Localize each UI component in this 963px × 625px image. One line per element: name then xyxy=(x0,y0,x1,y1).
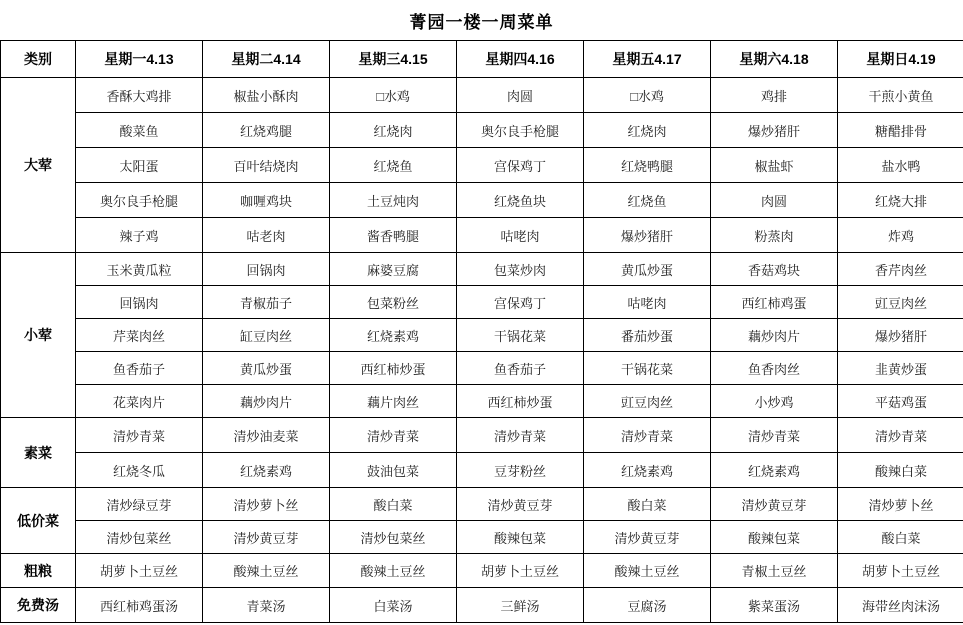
category-cell: 素菜 xyxy=(1,418,76,488)
menu-cell: 藕片肉丝 xyxy=(330,385,457,418)
menu-cell: 红烧鱼 xyxy=(584,183,711,218)
menu-cell: 藕炒肉片 xyxy=(203,385,330,418)
menu-cell: 豆腐汤 xyxy=(584,588,711,623)
menu-cell: 炸鸡 xyxy=(838,218,963,253)
menu-cell: 咕咾肉 xyxy=(457,218,584,253)
weekly-menu-page: 菁园一楼一周菜单 类别 星期一4.13 星期二4.14 星期三4.15 星期四4… xyxy=(0,0,963,623)
menu-cell: 缸豆肉丝 xyxy=(203,319,330,352)
menu-table-body: 大荤香酥大鸡排椒盐小酥肉□水鸡肉圆□水鸡鸡排干煎小黄鱼酸菜鱼红烧鸡腿红烧肉奥尔良… xyxy=(1,78,963,623)
menu-cell: 鱼香茄子 xyxy=(76,352,203,385)
menu-cell: 清炒青菜 xyxy=(76,418,203,453)
menu-cell: 酱香鸭腿 xyxy=(330,218,457,253)
menu-cell: 红烧素鸡 xyxy=(711,453,838,488)
menu-cell: 清炒青菜 xyxy=(584,418,711,453)
menu-cell: 香菇鸡块 xyxy=(711,253,838,286)
menu-cell: □水鸡 xyxy=(330,78,457,113)
menu-cell: 韭黄炒蛋 xyxy=(838,352,963,385)
menu-cell: 酸辣白菜 xyxy=(838,453,963,488)
menu-cell: 清炒包菜丝 xyxy=(76,521,203,554)
menu-row: 大荤香酥大鸡排椒盐小酥肉□水鸡肉圆□水鸡鸡排干煎小黄鱼 xyxy=(1,78,963,113)
menu-cell: 西红柿鸡蛋汤 xyxy=(76,588,203,623)
menu-row: 酸菜鱼红烧鸡腿红烧肉奥尔良手枪腿红烧肉爆炒猪肝糖醋排骨 xyxy=(1,113,963,148)
menu-cell: 清炒青菜 xyxy=(838,418,963,453)
menu-cell: 豆芽粉丝 xyxy=(457,453,584,488)
menu-cell: 奥尔良手枪腿 xyxy=(457,113,584,148)
menu-cell: 咖喱鸡块 xyxy=(203,183,330,218)
menu-cell: 椒盐小酥肉 xyxy=(203,78,330,113)
category-cell: 大荤 xyxy=(1,78,76,253)
menu-cell: 红烧鱼 xyxy=(330,148,457,183)
menu-cell: 回锅肉 xyxy=(203,253,330,286)
menu-cell: 清炒黄豆芽 xyxy=(203,521,330,554)
menu-row: 奥尔良手枪腿咖喱鸡块土豆炖肉红烧鱼块红烧鱼肉圆红烧大排 xyxy=(1,183,963,218)
menu-cell: 土豆炖肉 xyxy=(330,183,457,218)
menu-row: 太阳蛋百叶结烧肉红烧鱼宫保鸡丁红烧鸭腿椒盐虾盐水鸭 xyxy=(1,148,963,183)
category-cell: 粗粮 xyxy=(1,554,76,588)
header-day-tuesday: 星期二4.14 xyxy=(203,41,330,78)
menu-cell: 百叶结烧肉 xyxy=(203,148,330,183)
menu-cell: 芹菜肉丝 xyxy=(76,319,203,352)
menu-row: 素菜清炒青菜清炒油麦菜清炒青菜清炒青菜清炒青菜清炒青菜清炒青菜 xyxy=(1,418,963,453)
menu-cell: 盐水鸭 xyxy=(838,148,963,183)
menu-row: 粗粮胡萝卜土豆丝酸辣土豆丝酸辣土豆丝胡萝卜土豆丝酸辣土豆丝青椒土豆丝胡萝卜土豆丝 xyxy=(1,554,963,588)
category-cell: 免费汤 xyxy=(1,588,76,623)
menu-cell: 糖醋排骨 xyxy=(838,113,963,148)
menu-cell: 红烧素鸡 xyxy=(330,319,457,352)
menu-cell: 包菜炒肉 xyxy=(457,253,584,286)
menu-cell: 肉圆 xyxy=(711,183,838,218)
menu-cell: 清炒黄豆芽 xyxy=(457,488,584,521)
menu-cell: 酸辣土豆丝 xyxy=(203,554,330,588)
menu-cell: 酸辣土豆丝 xyxy=(330,554,457,588)
menu-cell: 红烧肉 xyxy=(330,113,457,148)
menu-cell: 胡萝卜土豆丝 xyxy=(457,554,584,588)
menu-cell: 粉蒸肉 xyxy=(711,218,838,253)
menu-cell: 胡萝卜土豆丝 xyxy=(838,554,963,588)
menu-cell: 清炒黄豆芽 xyxy=(584,521,711,554)
menu-cell: 青菜汤 xyxy=(203,588,330,623)
menu-cell: 平菇鸡蛋 xyxy=(838,385,963,418)
menu-cell: 三鲜汤 xyxy=(457,588,584,623)
menu-cell: 椒盐虾 xyxy=(711,148,838,183)
menu-cell: 宫保鸡丁 xyxy=(457,286,584,319)
menu-cell: 西红柿炒蛋 xyxy=(330,352,457,385)
category-cell: 低价菜 xyxy=(1,488,76,554)
menu-cell: 鱼香茄子 xyxy=(457,352,584,385)
menu-cell: 玉米黄瓜粒 xyxy=(76,253,203,286)
menu-cell: 酸辣包菜 xyxy=(457,521,584,554)
menu-cell: 清炒青菜 xyxy=(711,418,838,453)
menu-cell: 干锅花菜 xyxy=(457,319,584,352)
menu-cell: 黄瓜炒蛋 xyxy=(203,352,330,385)
menu-cell: 肉圆 xyxy=(457,78,584,113)
menu-cell: 酸白菜 xyxy=(584,488,711,521)
menu-cell: 红烧肉 xyxy=(584,113,711,148)
menu-row: 回锅肉青椒茄子包菜粉丝宫保鸡丁咕咾肉西红柿鸡蛋豇豆肉丝 xyxy=(1,286,963,319)
menu-cell: 豇豆肉丝 xyxy=(584,385,711,418)
menu-cell: 干煎小黄鱼 xyxy=(838,78,963,113)
menu-row: 鱼香茄子黄瓜炒蛋西红柿炒蛋鱼香茄子干锅花菜鱼香肉丝韭黄炒蛋 xyxy=(1,352,963,385)
menu-cell: 豇豆肉丝 xyxy=(838,286,963,319)
menu-cell: 清炒包菜丝 xyxy=(330,521,457,554)
menu-row: 小荤玉米黄瓜粒回锅肉麻婆豆腐包菜炒肉黄瓜炒蛋香菇鸡块香芹肉丝 xyxy=(1,253,963,286)
menu-cell: 爆炒猪肝 xyxy=(711,113,838,148)
menu-cell: 红烧鸡腿 xyxy=(203,113,330,148)
weekly-menu-table: 类别 星期一4.13 星期二4.14 星期三4.15 星期四4.16 星期五4.… xyxy=(0,40,963,623)
menu-row: 芹菜肉丝缸豆肉丝红烧素鸡干锅花菜番茄炒蛋藕炒肉片爆炒猪肝 xyxy=(1,319,963,352)
menu-cell: 清炒萝卜丝 xyxy=(838,488,963,521)
category-cell: 小荤 xyxy=(1,253,76,418)
menu-cell: 红烧大排 xyxy=(838,183,963,218)
header-day-sunday: 星期日4.19 xyxy=(838,41,963,78)
menu-cell: 小炒鸡 xyxy=(711,385,838,418)
menu-cell: 青椒茄子 xyxy=(203,286,330,319)
menu-cell: 清炒青菜 xyxy=(330,418,457,453)
menu-cell: 鼓油包菜 xyxy=(330,453,457,488)
menu-cell: 胡萝卜土豆丝 xyxy=(76,554,203,588)
menu-row: 花菜肉片藕炒肉片藕片肉丝西红柿炒蛋豇豆肉丝小炒鸡平菇鸡蛋 xyxy=(1,385,963,418)
menu-cell: 花菜肉片 xyxy=(76,385,203,418)
menu-cell: 清炒萝卜丝 xyxy=(203,488,330,521)
menu-row: 红烧冬瓜红烧素鸡鼓油包菜豆芽粉丝红烧素鸡红烧素鸡酸辣白菜 xyxy=(1,453,963,488)
header-day-thursday: 星期四4.16 xyxy=(457,41,584,78)
menu-cell: 咕老肉 xyxy=(203,218,330,253)
menu-cell: 鸡排 xyxy=(711,78,838,113)
menu-cell: 麻婆豆腐 xyxy=(330,253,457,286)
menu-cell: 西红柿炒蛋 xyxy=(457,385,584,418)
menu-cell: 咕咾肉 xyxy=(584,286,711,319)
menu-cell: 红烧冬瓜 xyxy=(76,453,203,488)
header-day-monday: 星期一4.13 xyxy=(76,41,203,78)
menu-cell: 香芹肉丝 xyxy=(838,253,963,286)
menu-cell: 清炒黄豆芽 xyxy=(711,488,838,521)
menu-row: 辣子鸡咕老肉酱香鸭腿咕咾肉爆炒猪肝粉蒸肉炸鸡 xyxy=(1,218,963,253)
menu-cell: □水鸡 xyxy=(584,78,711,113)
header-category: 类别 xyxy=(1,41,76,78)
menu-cell: 红烧素鸡 xyxy=(203,453,330,488)
menu-cell: 西红柿鸡蛋 xyxy=(711,286,838,319)
menu-cell: 爆炒猪肝 xyxy=(584,218,711,253)
header-row: 类别 星期一4.13 星期二4.14 星期三4.15 星期四4.16 星期五4.… xyxy=(1,41,963,78)
menu-cell: 太阳蛋 xyxy=(76,148,203,183)
menu-cell: 红烧鸭腿 xyxy=(584,148,711,183)
menu-cell: 海带丝肉沫汤 xyxy=(838,588,963,623)
header-day-friday: 星期五4.17 xyxy=(584,41,711,78)
menu-cell: 包菜粉丝 xyxy=(330,286,457,319)
menu-cell: 酸辣土豆丝 xyxy=(584,554,711,588)
menu-cell: 爆炒猪肝 xyxy=(838,319,963,352)
menu-cell: 番茄炒蛋 xyxy=(584,319,711,352)
menu-cell: 酸辣包菜 xyxy=(711,521,838,554)
menu-cell: 红烧鱼块 xyxy=(457,183,584,218)
menu-cell: 酸白菜 xyxy=(330,488,457,521)
menu-cell: 紫菜蛋汤 xyxy=(711,588,838,623)
menu-cell: 宫保鸡丁 xyxy=(457,148,584,183)
menu-cell: 辣子鸡 xyxy=(76,218,203,253)
header-day-saturday: 星期六4.18 xyxy=(711,41,838,78)
menu-cell: 清炒青菜 xyxy=(457,418,584,453)
menu-cell: 回锅肉 xyxy=(76,286,203,319)
menu-cell: 奥尔良手枪腿 xyxy=(76,183,203,218)
menu-cell: 清炒油麦菜 xyxy=(203,418,330,453)
menu-cell: 青椒土豆丝 xyxy=(711,554,838,588)
header-day-wednesday: 星期三4.15 xyxy=(330,41,457,78)
menu-cell: 干锅花菜 xyxy=(584,352,711,385)
menu-row: 清炒包菜丝清炒黄豆芽清炒包菜丝酸辣包菜清炒黄豆芽酸辣包菜酸白菜 xyxy=(1,521,963,554)
menu-row: 低价菜清炒绿豆芽清炒萝卜丝酸白菜清炒黄豆芽酸白菜清炒黄豆芽清炒萝卜丝 xyxy=(1,488,963,521)
menu-cell: 酸白菜 xyxy=(838,521,963,554)
menu-cell: 酸菜鱼 xyxy=(76,113,203,148)
menu-row: 免费汤西红柿鸡蛋汤青菜汤白菜汤三鲜汤豆腐汤紫菜蛋汤海带丝肉沫汤 xyxy=(1,588,963,623)
page-title: 菁园一楼一周菜单 xyxy=(0,0,963,40)
menu-cell: 鱼香肉丝 xyxy=(711,352,838,385)
menu-cell: 红烧素鸡 xyxy=(584,453,711,488)
menu-cell: 黄瓜炒蛋 xyxy=(584,253,711,286)
menu-cell: 藕炒肉片 xyxy=(711,319,838,352)
menu-cell: 香酥大鸡排 xyxy=(76,78,203,113)
menu-cell: 清炒绿豆芽 xyxy=(76,488,203,521)
menu-cell: 白菜汤 xyxy=(330,588,457,623)
